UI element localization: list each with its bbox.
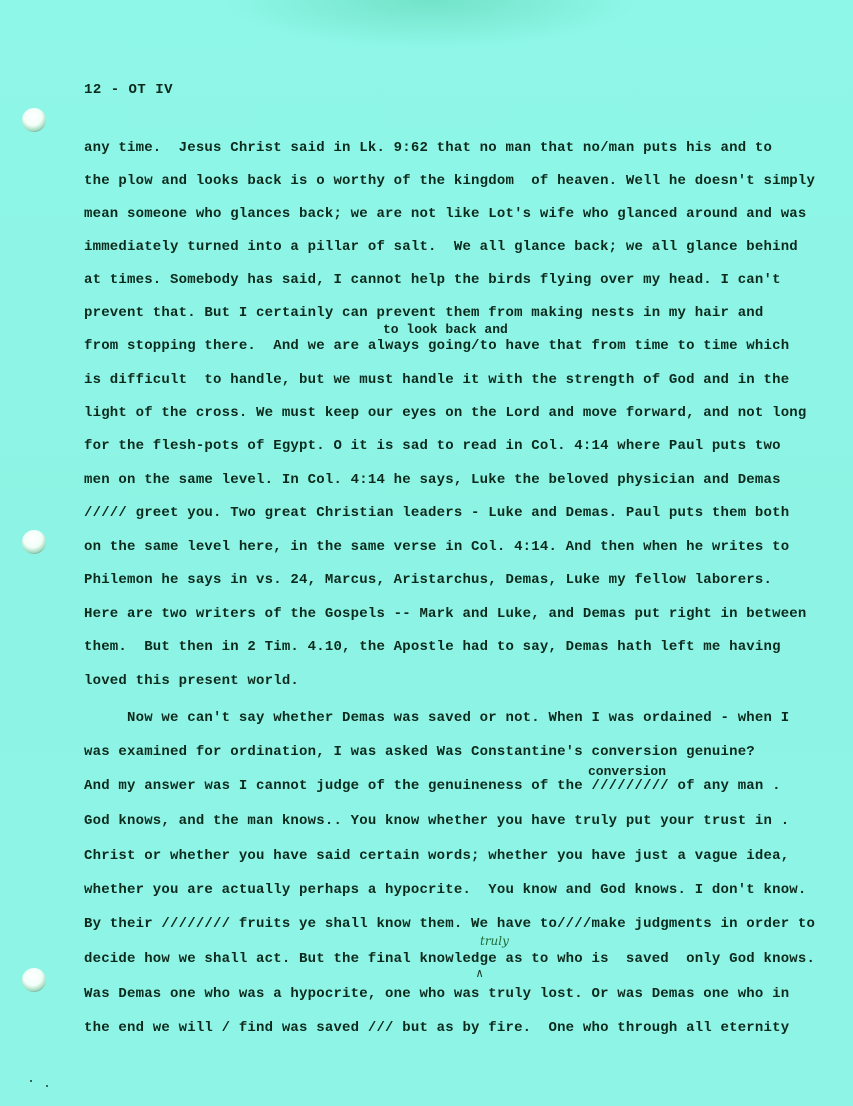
text-line: whether you are actually perhaps a hypoc…	[84, 882, 807, 898]
text-line: was examined for ordination, I was asked…	[84, 744, 755, 760]
punch-hole-middle	[22, 530, 46, 554]
text-line: And my answer was I cannot judge of the …	[84, 778, 781, 794]
handwritten-insertion: truly	[480, 934, 509, 948]
text-line: Christ or whether you have said certain …	[84, 848, 789, 864]
text-line: the plow and looks back is o worthy of t…	[84, 173, 815, 189]
text-line: Was Demas one who was a hypocrite, one w…	[84, 986, 789, 1002]
text-line: mean someone who glances back; we are no…	[84, 206, 807, 222]
text-line: decide how we shall act. But the final k…	[84, 951, 815, 967]
text-line: Here are two writers of the Gospels -- M…	[84, 606, 807, 622]
text-line: the end we will / find was saved /// but…	[84, 1020, 789, 1036]
typed-insertion: conversion	[588, 765, 666, 779]
text-line: By their //////// fruits ye shall know t…	[84, 916, 815, 932]
insertion-caret-icon: ∧	[476, 966, 483, 981]
paper-speck	[46, 1085, 48, 1087]
text-line: on the same level here, in the same vers…	[84, 539, 789, 555]
text-line: prevent that. But I certainly can preven…	[84, 305, 764, 321]
text-line: immediately turned into a pillar of salt…	[84, 239, 798, 255]
punch-hole-top	[22, 108, 46, 132]
typed-insertion: to look back and	[383, 323, 508, 337]
text-line: is difficult to handle, but we must hand…	[84, 372, 789, 388]
text-line: men on the same level. In Col. 4:14 he s…	[84, 472, 781, 488]
text-line: Philemon he says in vs. 24, Marcus, Aris…	[84, 572, 772, 588]
paper-speck	[30, 1080, 32, 1082]
text-line: ///// greet you. Two great Christian lea…	[84, 505, 789, 521]
text-line: for the flesh-pots of Egypt. O it is sad…	[84, 438, 781, 454]
text-line: Now we can't say whether Demas was saved…	[84, 710, 789, 726]
text-line: from stopping there. And we are always g…	[84, 338, 789, 354]
text-line: them. But then in 2 Tim. 4.10, the Apost…	[84, 639, 781, 655]
page-header: 12 - OT IV	[84, 82, 173, 98]
text-line: any time. Jesus Christ said in Lk. 9:62 …	[84, 140, 772, 156]
text-line: at times. Somebody has said, I cannot he…	[84, 272, 781, 288]
text-line: light of the cross. We must keep our eye…	[84, 405, 807, 421]
punch-hole-bottom	[22, 968, 46, 992]
text-line: God knows, and the man knows.. You know …	[84, 813, 789, 829]
text-line: loved this present world.	[84, 673, 299, 689]
